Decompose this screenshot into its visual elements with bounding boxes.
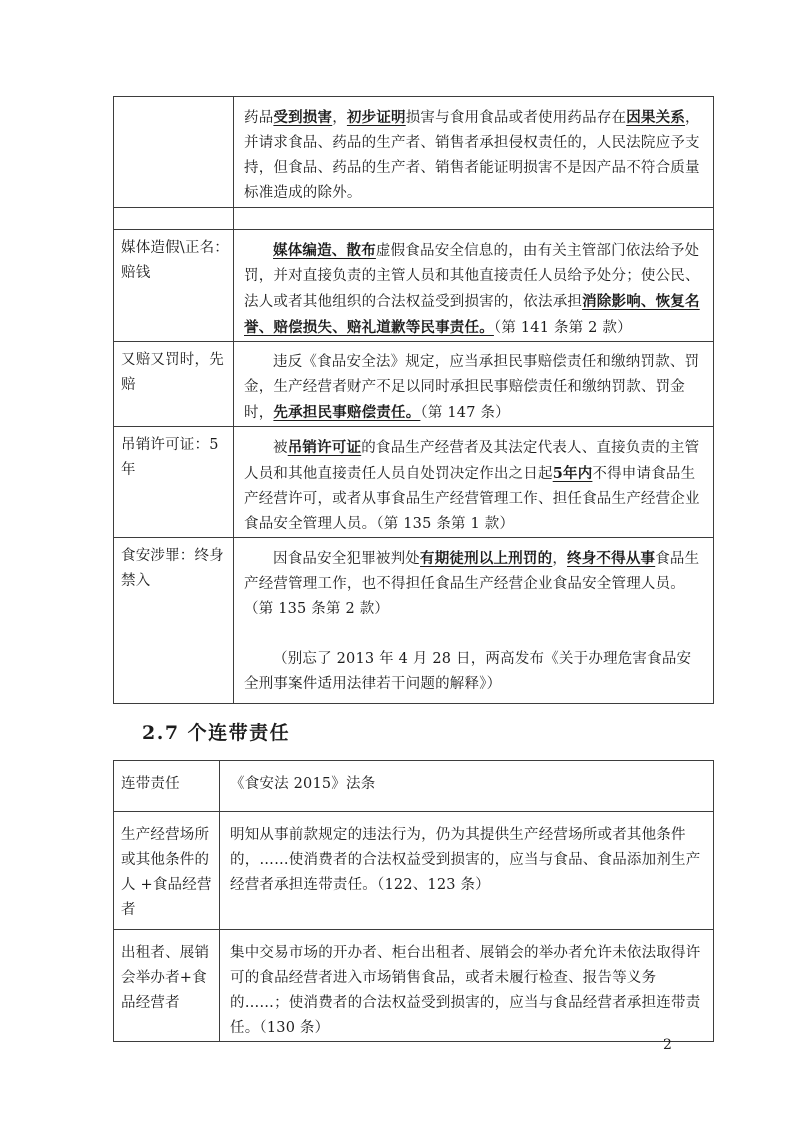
penalties-table-body: 药品受到损害，初步证明损害与食用食品或者使用药品存在因果关系，并请求食品、药品的… [114,97,714,704]
emphasized-text: 5年内 [553,465,593,482]
body-text: （第 147 条） [420,405,509,421]
paragraph: 药品受到损害，初步证明损害与食用食品或者使用药品存在因果关系，并请求食品、药品的… [244,105,701,206]
document-page: 药品受到损害，初步证明损害与食用食品或者使用药品存在因果关系，并请求食品、药品的… [0,0,793,1122]
row-content-cell: 集中交易市场的开办者、柜台出租者、展销会的举办者允许未依法取得许可的食品经营者进… [220,930,714,1042]
row-label-cell [114,208,234,230]
body-text: ， [332,110,347,126]
row-content-cell: 违反《食品安全法》规定，应当承担民事赔偿责任和缴纳罚款、罚金，生产经营者财产不足… [234,342,714,427]
table-row: 药品受到损害，初步证明损害与食用食品或者使用药品存在因果关系，并请求食品、药品的… [114,97,714,208]
row-label-cell: 出租者、展销会举办者+食品经营者 [114,930,220,1042]
emphasized-text: 先承担民事赔偿责任。 [273,404,420,421]
table-row: 食安涉罪：终身禁入因食品安全犯罪被判处有期徒刑以上刑罚的，终身不得从事食品生产经… [114,538,714,704]
body-text: 因食品安全犯罪被判处 [273,551,420,567]
emphasized-text: 终身不得从事 [567,550,655,567]
emphasized-text: 媒体编造、散布 [273,242,376,259]
header-content-cell: 《食安法 2015》法条 [220,761,714,812]
body-text: ， [552,551,567,567]
row-label-cell: 吊销许可证：5年 [114,427,234,538]
table-row: 媒体造假\正名：赔钱媒体编造、散布虚假食品安全信息的，由有关主管部门依法给予处罚… [114,230,714,342]
row-content-cell: 药品受到损害，初步证明损害与食用食品或者使用药品存在因果关系，并请求食品、药品的… [234,97,714,208]
table-row: 吊销许可证：5年被吊销许可证的食品生产经营者及其法定代表人、直接负责的主管人员和… [114,427,714,538]
emphasized-text: 吊销许可证 [288,439,362,456]
joint-liability-table-body: 连带责任 《食安法 2015》法条 生产经营场所或其他条件的人 +食品经营者明知… [114,761,714,1042]
paragraph: （别忘了 2013 年 4 月 28 日，两高发布《关于办理危害食品安全刑事案件… [244,647,701,697]
joint-liability-table: 连带责任 《食安法 2015》法条 生产经营场所或其他条件的人 +食品经营者明知… [113,760,714,1042]
table-row: 出租者、展销会举办者+食品经营者集中交易市场的开办者、柜台出租者、展销会的举办者… [114,930,714,1042]
body-text: （别忘了 2013 年 4 月 28 日，两高发布《关于办理危害食品安全刑事案件… [244,651,691,692]
row-content-cell: 因食品安全犯罪被判处有期徒刑以上刑罚的，终身不得从事食品生产经营管理工作，也不得… [234,538,714,704]
body-text: 集中交易市场的开办者、柜台出租者、展销会的举办者允许未依法取得许可的食品经营者进… [230,945,700,1036]
body-text: 被 [273,440,288,456]
section-heading: 2.7 个连带责任 [142,718,290,745]
emphasized-text: 受到损害 [273,109,332,126]
emphasized-text: 有期徒刑以上刑罚的 [420,550,552,567]
emphasized-text: 因果关系 [626,109,685,126]
page-number: 2 [663,1037,672,1053]
body-text: （第 141 条第 2 款） [494,320,632,336]
row-label-cell: 食安涉罪：终身禁入 [114,538,234,704]
penalties-table: 药品受到损害，初步证明损害与食用食品或者使用药品存在因果关系，并请求食品、药品的… [113,96,714,704]
table-row: 又赔又罚时，先赔违反《食品安全法》规定，应当承担民事赔偿责任和缴纳罚款、罚金，生… [114,342,714,427]
paragraph: 因食品安全犯罪被判处有期徒刑以上刑罚的，终身不得从事食品生产经营管理工作，也不得… [244,546,701,622]
paragraph: 集中交易市场的开办者、柜台出租者、展销会的举办者允许未依法取得许可的食品经营者进… [230,941,701,1041]
table-header-row: 连带责任 《食安法 2015》法条 [114,761,714,812]
paragraph: 明知从事前款规定的违法行为，仍为其提供生产经营场所或者其他条件的，……使消费者的… [230,823,701,898]
paragraph: 被吊销许可证的食品生产经营者及其法定代表人、直接负责的主管人员和其他直接责任人员… [244,435,701,537]
paragraph: 违反《食品安全法》规定，应当承担民事赔偿责任和缴纳罚款、罚金，生产经营者财产不足… [244,350,701,426]
paragraph: 媒体编造、散布虚假食品安全信息的，由有关主管部门依法给予处罚，并对直接负责的主管… [244,238,701,341]
body-text: 损害与食用食品或者使用药品存在 [406,110,627,126]
body-text: 明知从事前款规定的违法行为，仍为其提供生产经营场所或者其他条件的，……使消费者的… [230,827,700,893]
row-label-cell: 又赔又罚时，先赔 [114,342,234,427]
table-row [114,208,714,230]
row-content-cell: 媒体编造、散布虚假食品安全信息的，由有关主管部门依法给予处罚，并对直接负责的主管… [234,230,714,342]
body-text: 药品 [244,110,273,126]
row-content-cell: 明知从事前款规定的违法行为，仍为其提供生产经营场所或者其他条件的，……使消费者的… [220,812,714,930]
row-label-cell: 媒体造假\正名：赔钱 [114,230,234,342]
header-label-cell: 连带责任 [114,761,220,812]
table-row: 生产经营场所或其他条件的人 +食品经营者明知从事前款规定的违法行为，仍为其提供生… [114,812,714,930]
row-content-cell [234,208,714,230]
row-label-cell [114,97,234,208]
emphasized-text: 初步证明 [347,109,406,126]
row-content-cell: 被吊销许可证的食品生产经营者及其法定代表人、直接负责的主管人员和其他直接责任人员… [234,427,714,538]
row-label-cell: 生产经营场所或其他条件的人 +食品经营者 [114,812,220,930]
